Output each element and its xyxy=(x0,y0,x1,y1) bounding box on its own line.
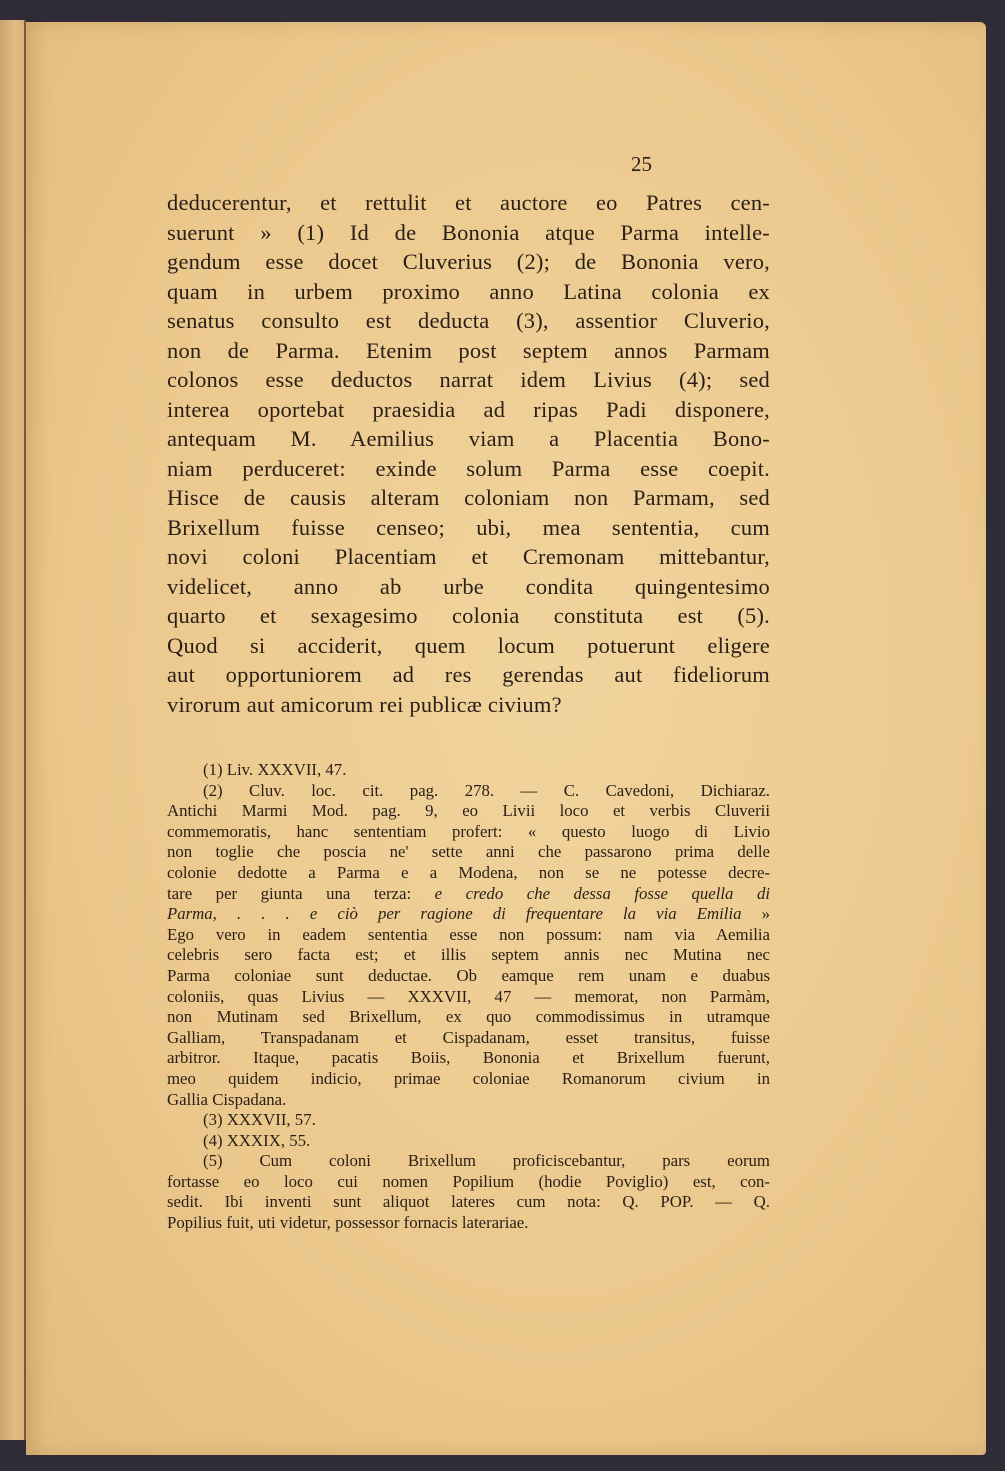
footnote-line: fortasse eo loco cui nomen Popilium (hod… xyxy=(167,1172,770,1193)
body-line: novi coloni Placentiam et Cremonam mitte… xyxy=(167,542,770,572)
footnote-text: tare per giunta una terza: xyxy=(167,884,435,903)
footnote-line: Parma, . . . e ciò per ragione di freque… xyxy=(167,904,770,925)
body-line: Hisce de causis alteram coloniam non Par… xyxy=(167,483,770,513)
body-line: Quod si acciderit, quem locum potuerunt … xyxy=(167,631,770,661)
body-line: videlicet, anno ab urbe condita quingent… xyxy=(167,572,770,602)
footnote-line: celebris sero facta est; et illis septem… xyxy=(167,945,770,966)
footnote-line: Ego vero in eadem sententia esse non pos… xyxy=(167,925,770,946)
body-line: niam perduceret: exinde solum Parma esse… xyxy=(167,454,770,484)
footnote-1: (1) Liv. XXXVII, 47. xyxy=(167,760,770,781)
page-number: 25 xyxy=(631,152,652,177)
body-line: quam in urbem proximo anno Latina coloni… xyxy=(167,277,770,307)
footnote-line: coloniis, quas Livius — XXXVII, 47 — mem… xyxy=(167,987,770,1008)
facing-page-edge xyxy=(0,20,26,1440)
body-line: Brixellum fuisse censeo; ubi, mea senten… xyxy=(167,513,770,543)
footnote-line: Galliam, Transpadanam et Cispadanam, ess… xyxy=(167,1028,770,1049)
footnote-line: Antichi Marmi Mod. pag. 9, eo Livii loco… xyxy=(167,801,770,822)
footnote-line: Gallia Cispadana. xyxy=(167,1090,770,1111)
body-line: suerunt » (1) Id de Bononia atque Parma … xyxy=(167,218,770,248)
body-line: quarto et sexagesimo colonia constituta … xyxy=(167,601,770,631)
italic-quote: e credo che dessa fosse quella di xyxy=(435,884,770,903)
footnote-2: (2) Cluv. loc. cit. pag. 278. — C. Caved… xyxy=(167,781,770,802)
body-line: antequam M. Aemilius viam a Placentia Bo… xyxy=(167,424,770,454)
footnote-line: Popilius fuit, uti videtur, possessor fo… xyxy=(167,1213,770,1234)
body-line: interea oportebat praesidia ad ripas Pad… xyxy=(167,395,770,425)
footnotes: (1) Liv. XXXVII, 47. (2) Cluv. loc. cit.… xyxy=(167,760,770,1234)
footnote-4: (4) XXXIX, 55. xyxy=(167,1131,770,1152)
body-line: gendum esse docet Cluverius (2); de Bono… xyxy=(167,247,770,277)
italic-quote: Parma, . . . e ciò per ragione di freque… xyxy=(167,904,742,923)
footnote-line: meo quidem indicio, primae coloniae Roma… xyxy=(167,1069,770,1090)
footnote-line: sedit. Ibi inventi sunt aliquot lateres … xyxy=(167,1192,770,1213)
footnote-line: tare per giunta una terza: e credo che d… xyxy=(167,884,770,905)
book-page: 25 deducerentur, et rettulit et auctore … xyxy=(26,22,986,1455)
main-paragraph: deducerentur, et rettulit et auctore eo … xyxy=(167,188,770,719)
body-line: colonos esse deductos narrat idem Livius… xyxy=(167,365,770,395)
footnote-line: non Mutinam sed Brixellum, ex quo commod… xyxy=(167,1007,770,1028)
footnote-line: Parma coloniae sunt deductae. Ob eamque … xyxy=(167,966,770,987)
body-line: aut opportuniorem ad res gerendas aut fi… xyxy=(167,660,770,690)
footnote-line: arbitror. Itaque, pacatis Boiis, Bononia… xyxy=(167,1048,770,1069)
body-line: senatus consulto est deducta (3), assent… xyxy=(167,306,770,336)
footnote-3: (3) XXXVII, 57. xyxy=(167,1110,770,1131)
footnote-line: colonie dedotte a Parma e a Modena, non … xyxy=(167,863,770,884)
footnote-5: (5) Cum coloni Brixellum proficiscebantu… xyxy=(167,1151,770,1172)
body-line: non de Parma. Etenim post septem annos P… xyxy=(167,336,770,366)
body-line: virorum aut amicorum rei publicæ civium? xyxy=(167,690,770,720)
footnote-text: » xyxy=(742,904,770,923)
body-line: deducerentur, et rettulit et auctore eo … xyxy=(167,188,770,218)
footnote-line: commemoratis, hanc sententiam profert: «… xyxy=(167,822,770,843)
footnote-line: non toglie che poscia ne' sette anni che… xyxy=(167,842,770,863)
